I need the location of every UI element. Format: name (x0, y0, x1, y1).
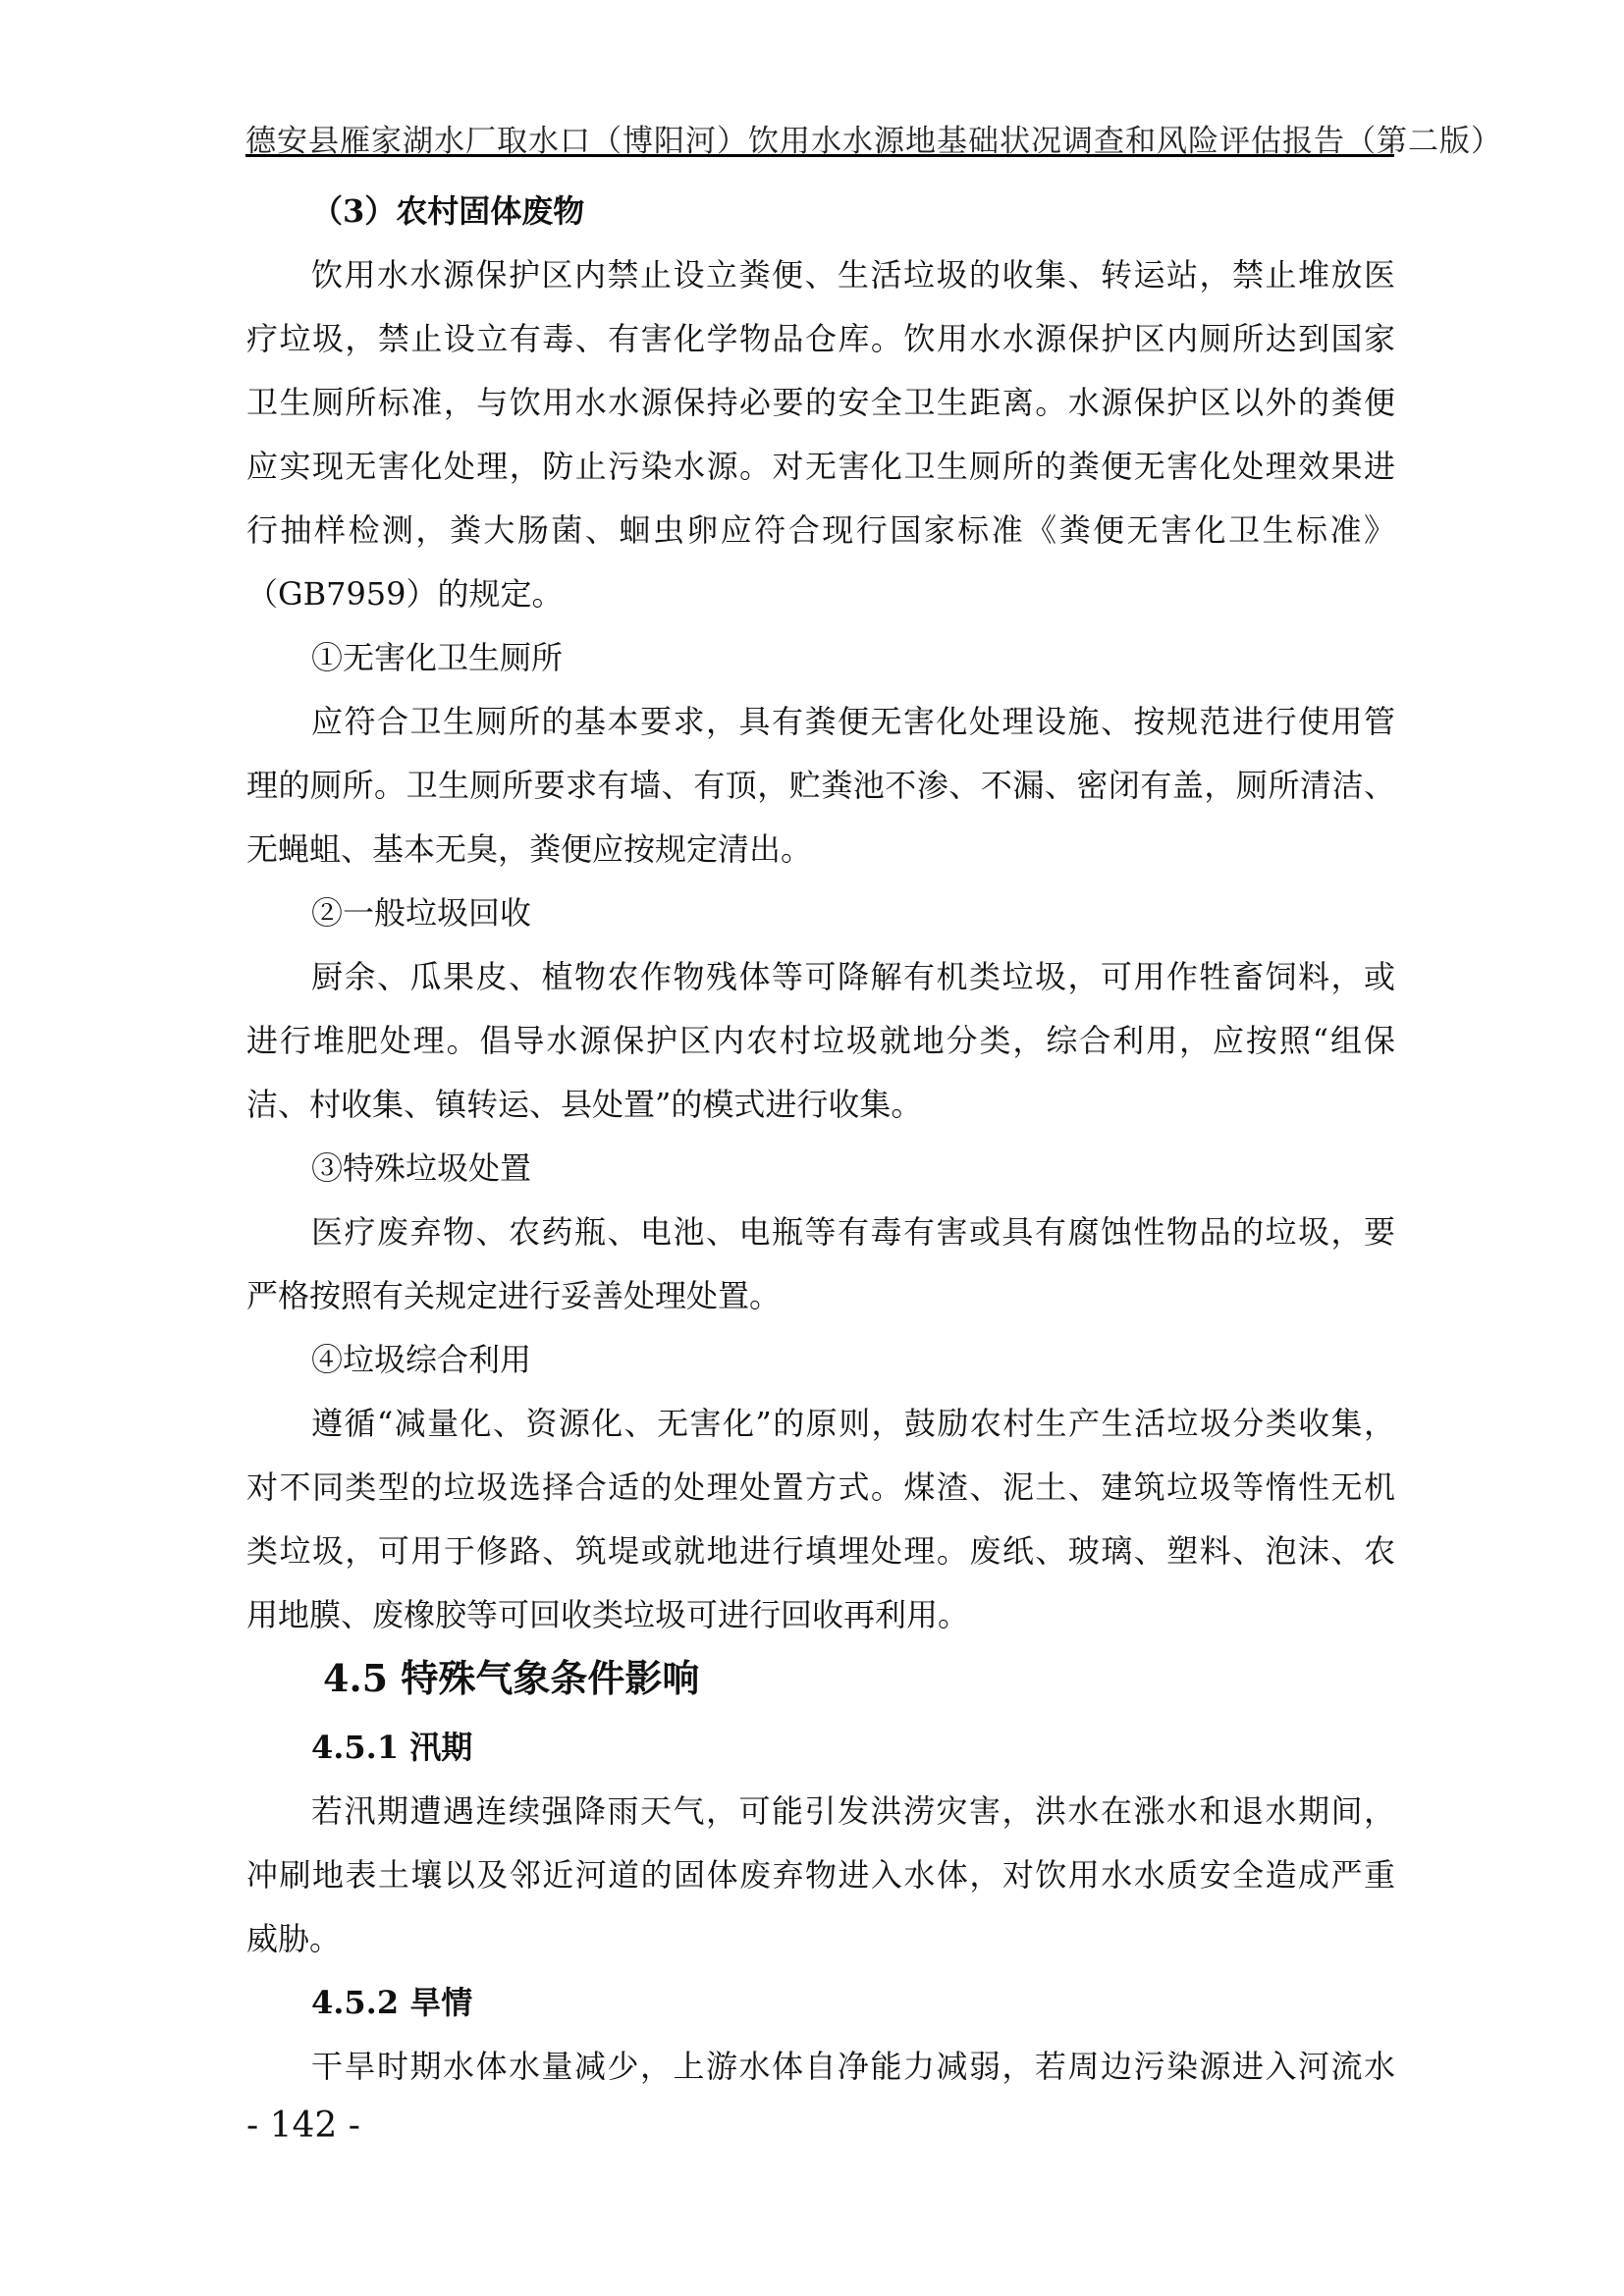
paragraph-line: 饮用水水源保护区内禁止设立粪便、生活垃圾的收集、转运站，禁止堆放医 (246, 255, 1395, 294)
paragraph-line: （GB7959）的规定。 (246, 574, 1395, 614)
paragraph-line: 若汛期遭遇连续强降雨天气，可能引发洪涝灾害，洪水在涨水和退水期间， (246, 1791, 1395, 1831)
paragraph-line: 应实现无害化处理，防止污染水源。对无害化卫生厕所的粪便无害化处理效果进 (246, 447, 1395, 486)
paragraph-line: 理的厕所。卫生厕所要求有墙、有顶，贮粪池不渗、不漏、密闭有盖，厕所清洁、 (246, 766, 1395, 805)
paragraph-line: 类垃圾，可用于修路、筑堤或就地进行填埋处理。废纸、玻璃、塑料、泡沫、农 (246, 1531, 1395, 1571)
item-title: ①无害化卫生厕所 (246, 638, 1395, 677)
paragraph-line: 无蝇蛆、基本无臭，粪便应按规定清出。 (246, 829, 1395, 869)
page-number: - 142 - (246, 2106, 360, 2146)
item-title: ④垃圾综合利用 (246, 1340, 1395, 1379)
paragraph-line: 行抽样检测，粪大肠菌、蛔虫卵应符合现行国家标准《粪便无害化卫生标准》 (246, 510, 1395, 550)
paragraph-line: 厨余、瓜果皮、植物农作物残体等可降解有机类垃圾，可用作牲畜饲料，或 (246, 957, 1395, 996)
subsection-heading-drought: 4.5.2 旱情 (246, 1983, 1395, 2022)
section-heading: （3）农村固体废物 (246, 191, 1395, 231)
subsection-heading-flood: 4.5.1 汛期 (246, 1728, 1395, 1767)
paragraph-line: 卫生厕所标准，与饮用水水源保持必要的安全卫生距离。水源保护区以外的粪便 (246, 383, 1395, 422)
paragraph-line: 对不同类型的垃圾选择合适的处理处置方式。煤渣、泥土、建筑垃圾等惰性无机 (246, 1468, 1395, 1507)
item-title: ③特殊垃圾处置 (246, 1148, 1395, 1188)
paragraph-line: 疗垃圾，禁止设立有毒、有害化学物品仓库。饮用水水源保护区内厕所达到国家 (246, 319, 1395, 358)
paragraph-line: 干旱时期水体水量减少，上游水体自净能力减弱，若周边污染源进入河流水 (246, 2047, 1395, 2086)
paragraph-line: 用地膜、废橡胶等可回收类垃圾可进行回收再利用。 (246, 1595, 1395, 1634)
paragraph-line: 洁、村收集、镇转运、县处置”的模式进行收集。 (246, 1085, 1395, 1124)
paragraph-line: 冲刷地表土壤以及邻近河道的固体废弃物进入水体，对饮用水水质安全造成严重 (246, 1855, 1395, 1895)
paragraph-line: 进行堆肥处理。倡导水源保护区内农村垃圾就地分类，综合利用，应按照“组保 (246, 1021, 1395, 1060)
paragraph-line: 遵循“减量化、资源化、无害化”的原则，鼓励农村生产生活垃圾分类收集， (246, 1404, 1395, 1443)
paragraph-line: 威胁。 (246, 1919, 1395, 1958)
paragraph-line: 严格按照有关规定进行妥善处理处置。 (246, 1276, 1395, 1315)
item-title: ②一般垃圾回收 (246, 893, 1395, 933)
paragraph-line: 医疗废弃物、农药瓶、电池、电瓶等有毒有害或具有腐蚀性物品的垃圾，要 (246, 1212, 1395, 1252)
paragraph-line: 应符合卫生厕所的基本要求，具有粪便无害化处理设施、按规范进行使用管 (246, 702, 1395, 741)
chapter-heading: 4.5 特殊气象条件影响 (246, 1659, 1395, 1698)
header-divider (245, 154, 1394, 157)
